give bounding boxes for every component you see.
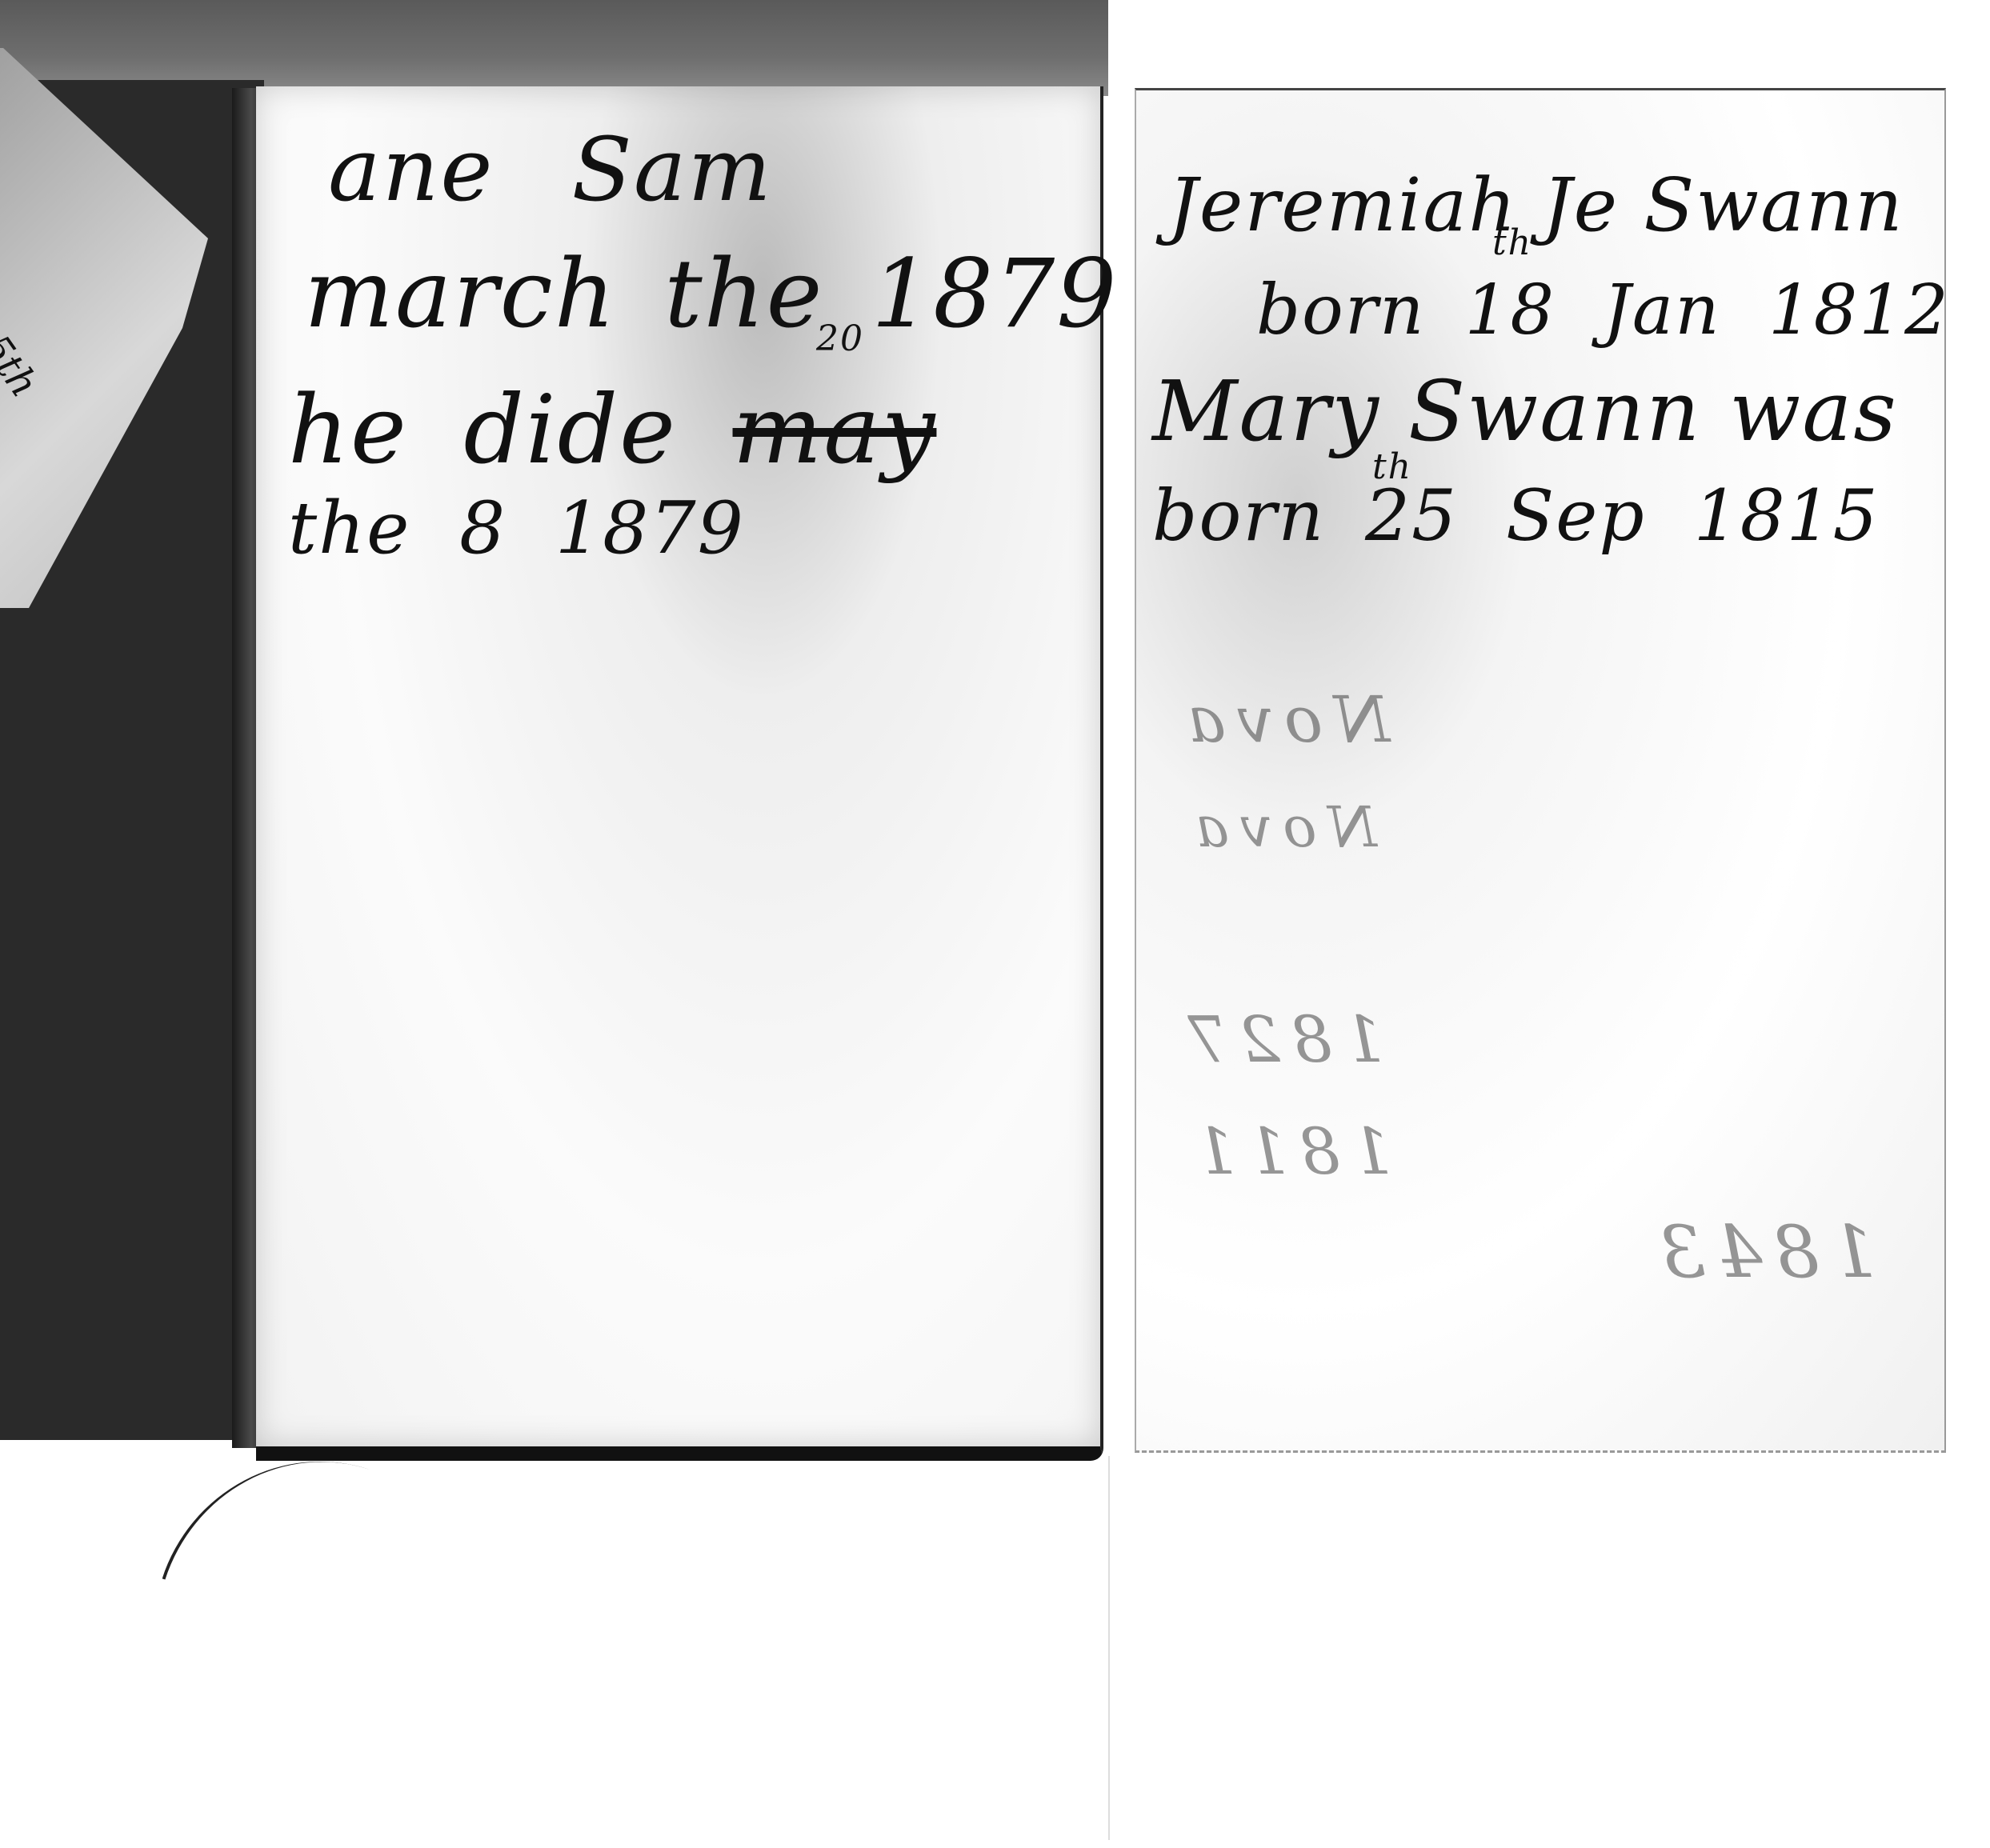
left-line-4: the 8 1879: [288, 486, 745, 570]
bleedthrough-2: Nova: [1184, 794, 1377, 860]
right-entry-1-name: Jeremiah Je Swann: [1168, 162, 1904, 248]
bleedthrough-1: Nova: [1176, 682, 1390, 757]
left-line-1: ane Sam: [328, 118, 773, 221]
bleedthrough-5: 1843: [1648, 1210, 1876, 1294]
bleedthrough-4: 1811: [1184, 1114, 1392, 1189]
right-entry-1-suffix: th: [1492, 222, 1532, 263]
bleedthrough-3: 1827: [1176, 1002, 1384, 1077]
loose-sheet-text: 5th 46: [0, 327, 46, 429]
copy-fold-line: [1108, 1456, 1110, 1840]
right-entry-2-date: born 25 Sep 1815: [1152, 474, 1880, 557]
right-entry-2-name: Mary Swann was: [1152, 362, 1898, 460]
left-line-2: march the 1879: [304, 238, 1118, 349]
left-page: ane Sam march the 1879 20 he dide may th…: [256, 86, 1103, 1461]
left-line-3: he dide may: [288, 374, 936, 485]
right-page: Jeremiah Je Swann th born 18 Jan 1812 Ma…: [1135, 88, 1946, 1453]
right-entry-1-date: born 18 Jan 1812: [1256, 270, 1950, 350]
left-line-2-day: 20: [816, 318, 864, 359]
